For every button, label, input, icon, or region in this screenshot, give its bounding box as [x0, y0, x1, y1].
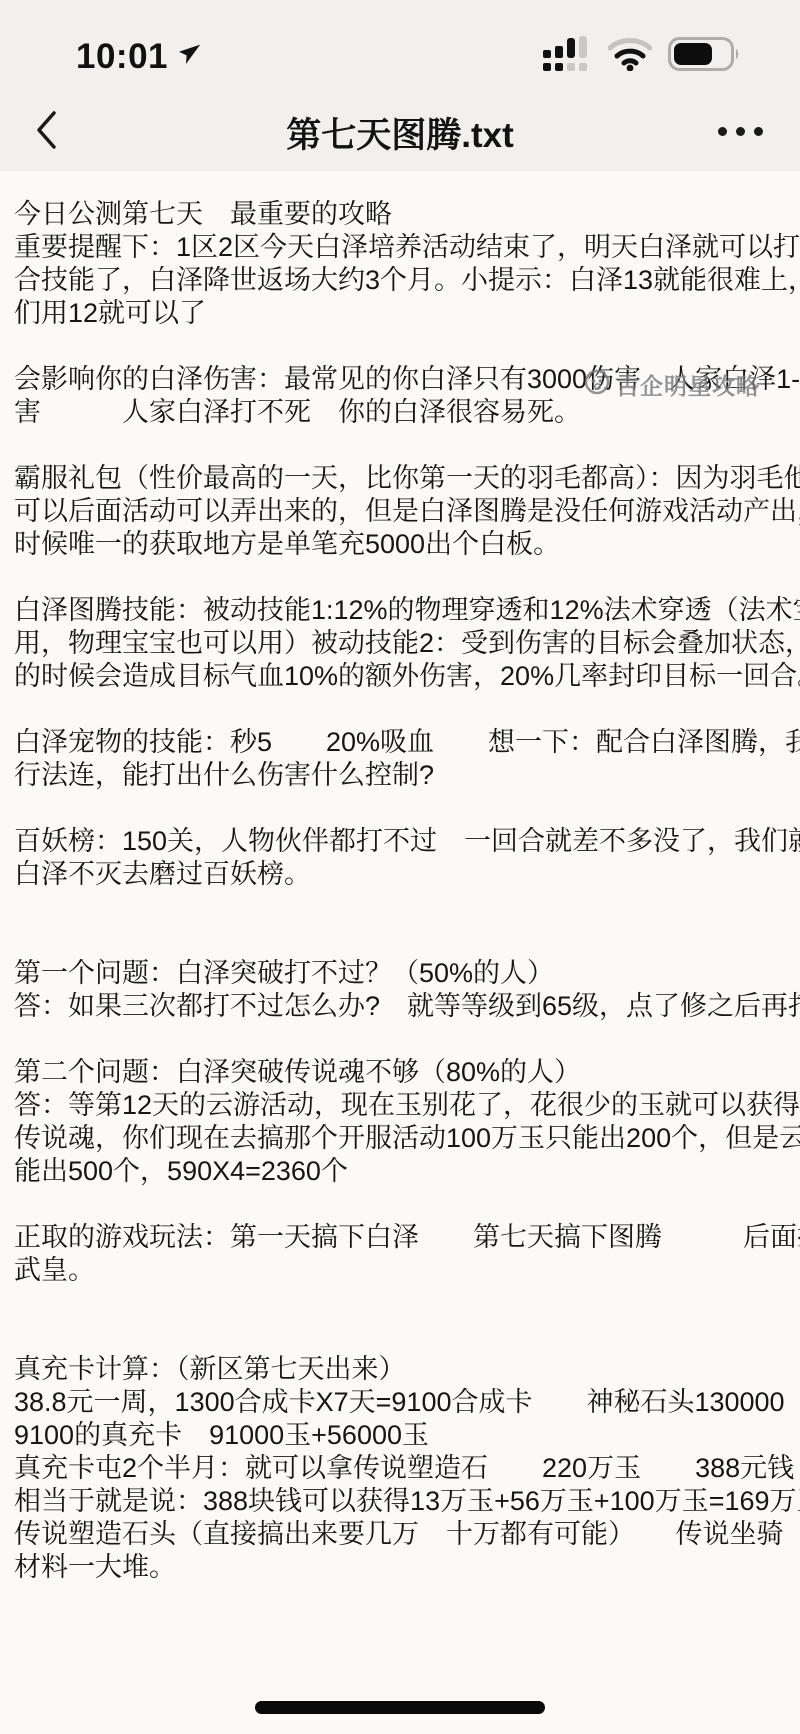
blank-line — [14, 693, 786, 726]
text-line: 的时候会造成目标气血10%的额外伤害，20%几率封印目标一回合。 — [14, 660, 786, 693]
blank-line — [14, 1023, 786, 1056]
text-line: 用，物理宝宝也可以用）被动技能2：受到伤害的目标会叠加状态，三层 — [14, 627, 786, 660]
text-line: 百妖榜：150关，人物伙伴都打不过 一回合就差不多没了，我们就要让 — [14, 825, 786, 858]
watermark: 古企明星攻略 — [584, 368, 760, 401]
status-right — [542, 36, 742, 77]
nav-bar: 第七天图腾.txt — [0, 95, 800, 171]
text-line: 行法连，能打出什么伤害什么控制? — [14, 759, 786, 792]
blank-line — [14, 1188, 786, 1221]
text-line: 传说塑造石头（直接搞出来要几万 十万都有可能） 传说坐骑 剑翅膀 — [14, 1518, 786, 1551]
text-line: 真充卡屯2个半月：就可以拿传说塑造石 220万玉 388元钱 — [14, 1452, 786, 1485]
text-line: 9100的真充卡 91000玉+56000玉 — [14, 1419, 786, 1452]
home-indicator[interactable] — [255, 1701, 545, 1714]
location-arrow-icon — [176, 41, 202, 72]
back-button[interactable] — [24, 103, 68, 159]
text-line: 真充卡计算：（新区第七天出来） — [14, 1353, 786, 1386]
text-line: 今日公测第七天 最重要的攻略 — [14, 198, 786, 231]
status-bar: 10:01 — [0, 0, 800, 95]
clock: 10:01 — [76, 37, 168, 77]
blank-line — [14, 561, 786, 594]
text-line: 38.8元一周，1300合成卡X7天=9100合成卡 神秘石头130000 — [14, 1386, 786, 1419]
text-line: 材料一大堆。 — [14, 1551, 786, 1584]
blank-line — [14, 330, 786, 363]
watermark-logo-icon — [584, 369, 611, 401]
text-line: 答：如果三次都打不过怎么办? 就等等级到65级，点了修之后再打。 — [14, 990, 786, 1023]
text-line: 传说魂，你们现在去搞那个开服活动100万玉只能出200个，但是云游可 — [14, 1122, 786, 1155]
text-line: 相当于就是说：388块钱可以获得13万玉+56万玉+100万玉=169万玉 — [14, 1485, 786, 1518]
more-dot-icon — [736, 127, 745, 136]
status-left: 10:01 — [76, 37, 202, 77]
text-line: 们用12就可以了 — [14, 297, 786, 330]
more-button[interactable] — [708, 109, 772, 153]
text-line: 白泽不灭去磨过百妖榜。 — [14, 858, 786, 891]
blank-line — [14, 924, 786, 957]
cellular-signal-icon — [542, 36, 592, 77]
watermark-text: 古企明星攻略 — [616, 368, 760, 401]
text-line: 可以后面活动可以弄出来的，但是白泽图腾是没任何游戏活动产出，到 — [14, 495, 786, 528]
blank-line — [14, 891, 786, 924]
blank-line — [14, 792, 786, 825]
text-line: 重要提醒下：1区2区今天白泽培养活动结束了，明天白泽就可以打高书 — [14, 231, 786, 264]
wifi-icon — [608, 37, 652, 76]
more-dot-icon — [718, 127, 727, 136]
blank-line — [14, 429, 786, 462]
blank-line — [14, 1287, 786, 1320]
more-dot-icon — [754, 127, 763, 136]
phone-screen: 10:01 — [0, 0, 800, 1734]
blank-line — [14, 1320, 786, 1353]
text-line: 第二个问题：白泽突破传说魂不够（80%的人） — [14, 1056, 786, 1089]
text-line: 白泽宠物的技能：秒5 20%吸血 想一下：配合白泽图腾，我的白泽进 — [14, 726, 786, 759]
text-line: 武皇。 — [14, 1254, 786, 1287]
text-line: 霸服礼包（性价最高的一天，比你第一天的羽毛都高）：因为羽毛他是 — [14, 462, 786, 495]
text-line: 能出500个，590X4=2360个 — [14, 1155, 786, 1188]
chevron-left-icon — [35, 110, 57, 153]
battery-icon — [668, 37, 742, 76]
text-line: 白泽图腾技能：被动技能1:12%的物理穿透和12%法术穿透（法术宝宝可 — [14, 594, 786, 627]
text-line: 第一个问题：白泽突破打不过？（50%的人） — [14, 957, 786, 990]
text-line: 时候唯一的获取地方是单笔充5000出个白板。 — [14, 528, 786, 561]
text-line: 答：等第12天的云游活动，现在玉别花了，花很少的玉就可以获得很多 — [14, 1089, 786, 1122]
file-title: 第七天图腾.txt — [0, 108, 800, 158]
text-line: 合技能了，白泽降世返场大约3个月。小提示：白泽13就能很难上，兄弟 — [14, 264, 786, 297]
text-line: 正取的游戏玩法：第一天搞下白泽 第七天搞下图腾 后面搞下祈福 — [14, 1221, 786, 1254]
